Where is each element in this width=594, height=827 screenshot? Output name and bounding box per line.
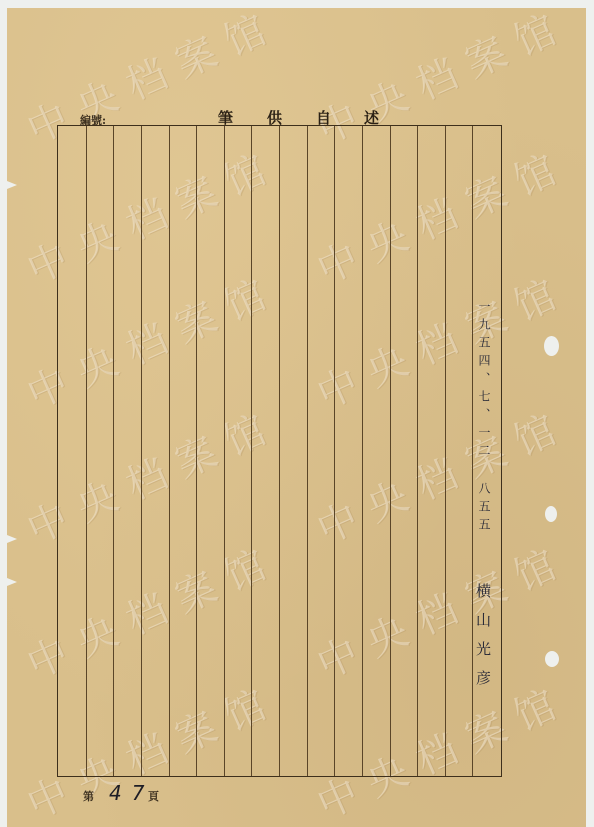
torn-hole xyxy=(545,506,557,522)
grid-column-line xyxy=(334,126,335,776)
grid-column-line xyxy=(390,126,391,776)
grid-column-line xyxy=(251,126,252,776)
grid-column-line xyxy=(141,126,142,776)
torn-hole xyxy=(544,336,559,356)
handwritten-code: 八五五 xyxy=(476,482,493,536)
edge-tear xyxy=(7,181,17,189)
grid-column-line xyxy=(224,126,225,776)
edge-tear xyxy=(7,535,17,543)
grid-column-line xyxy=(279,126,280,776)
manuscript-grid xyxy=(57,125,502,777)
grid-column-line xyxy=(113,126,114,776)
page-suffix: 頁 xyxy=(148,788,159,804)
grid-column-line xyxy=(445,126,446,776)
torn-hole xyxy=(545,651,559,667)
grid-column-line xyxy=(86,126,87,776)
edge-tear xyxy=(7,578,17,586)
grid-column-line xyxy=(169,126,170,776)
page-prefix: 第 xyxy=(83,788,94,804)
grid-column-line xyxy=(362,126,363,776)
document-page: 中央档案馆中央档案馆中央档案馆中央档案馆中央档案馆中央档案馆中央档案馆中央档案馆… xyxy=(7,8,586,827)
grid-column-line xyxy=(417,126,418,776)
grid-column-line xyxy=(307,126,308,776)
handwritten-name: 横山光彦 xyxy=(473,583,494,699)
handwritten-date: 一九五四、七、一二 xyxy=(476,300,493,462)
grid-column-line xyxy=(196,126,197,776)
